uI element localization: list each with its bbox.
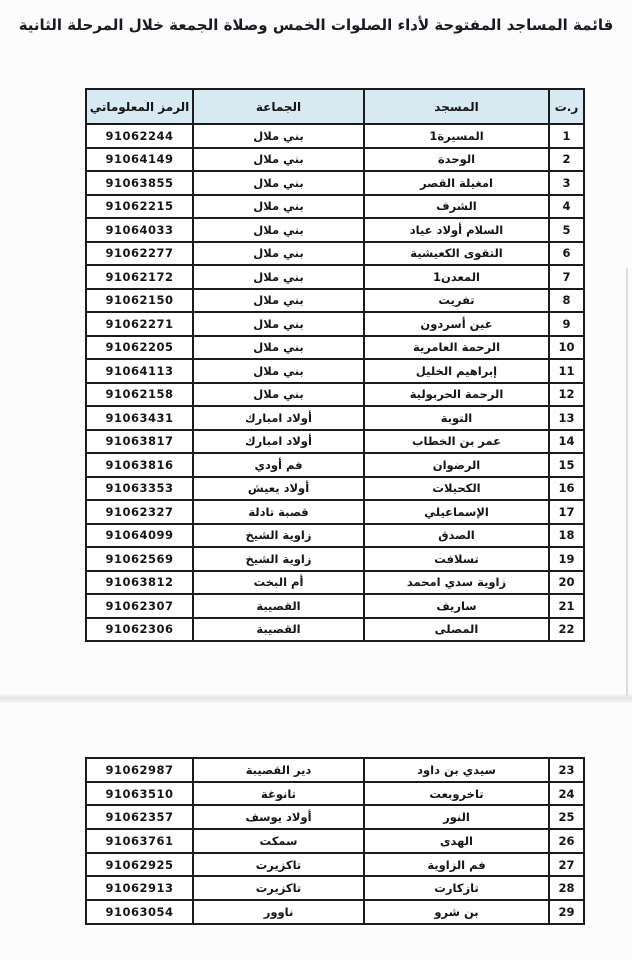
info-code-cell: 91062205 (86, 336, 193, 360)
info-code-cell: 91062569 (86, 547, 193, 571)
row-index-cell: 2 (549, 148, 584, 172)
table-row: 24تاخروبعتتانوغة91063510 (86, 782, 584, 806)
table-row: 14عمر بن الخطابأولاد امبارك91063817 (86, 430, 584, 454)
mosque-name-cell: السلام أولاد عياد (364, 218, 549, 242)
community-name-cell: بني ملال (193, 124, 364, 148)
table-row: 20زاوية سدي امحمدأم البخت91063812 (86, 571, 584, 595)
mosque-name-cell: سيدي بن داود (364, 758, 549, 782)
row-index-cell: 22 (549, 618, 584, 642)
mosque-table-main: ر.ت المسجد الجماعة الرمز المعلوماتي 1الم… (85, 88, 585, 642)
row-index-cell: 17 (549, 500, 584, 524)
table-row: 4الشرفبني ملال91062215 (86, 195, 584, 219)
table-row: 9عين أسردونبني ملال91062271 (86, 312, 584, 336)
table-row: 29بن شروناوور91063054 (86, 900, 584, 924)
mosque-name-cell: زاوية سدي امحمد (364, 571, 549, 595)
table-row: 26الهدىسمكت91063761 (86, 829, 584, 853)
mosque-name-cell: المعدن1 (364, 265, 549, 289)
mosque-name-cell: إبراهيم الخليل (364, 359, 549, 383)
row-index-cell: 6 (549, 242, 584, 266)
community-name-cell: تاكزيرت (193, 876, 364, 900)
row-index-cell: 15 (549, 453, 584, 477)
info-code-cell: 91063353 (86, 477, 193, 501)
row-index-cell: 9 (549, 312, 584, 336)
mosque-name-cell: الوحدة (364, 148, 549, 172)
mosque-name-cell: الشرف (364, 195, 549, 219)
row-index-cell: 29 (549, 900, 584, 924)
mosque-name-cell: التقوى الكعيشية (364, 242, 549, 266)
row-index-cell: 10 (549, 336, 584, 360)
community-name-cell: أولاد يعيش (193, 477, 364, 501)
info-code-cell: 91063510 (86, 782, 193, 806)
table-row: 8تفريتبني ملال91062150 (86, 289, 584, 313)
table-row: 11إبراهيم الخليلبني ملال91064113 (86, 359, 584, 383)
mosque-name-cell: فم الزاوية (364, 853, 549, 877)
info-code-cell: 91062987 (86, 758, 193, 782)
community-name-cell: أولاد يوسف (193, 805, 364, 829)
row-index-cell: 28 (549, 876, 584, 900)
scan-edge-artifact (626, 268, 628, 696)
row-index-cell: 8 (549, 289, 584, 313)
community-name-cell: بني ملال (193, 265, 364, 289)
row-index-cell: 24 (549, 782, 584, 806)
table-row: 21ساريفالقصيبة91062307 (86, 594, 584, 618)
info-code-cell: 91062925 (86, 853, 193, 877)
table-row: 1المسيرة1بني ملال91062244 (86, 124, 584, 148)
community-name-cell: بني ملال (193, 171, 364, 195)
row-index-cell: 25 (549, 805, 584, 829)
column-header-mosque: المسجد (364, 89, 549, 124)
row-index-cell: 4 (549, 195, 584, 219)
community-name-cell: بني ملال (193, 359, 364, 383)
mosque-name-cell: عين أسردون (364, 312, 549, 336)
community-name-cell: فم أودي (193, 453, 364, 477)
community-name-cell: بني ملال (193, 195, 364, 219)
table-row: 17الإسماعيليقصبة تادلة91062327 (86, 500, 584, 524)
table-header-row: ر.ت المسجد الجماعة الرمز المعلوماتي (86, 89, 584, 124)
mosque-table-continued: 23سيدي بن داوددير القصيبة9106298724تاخرو… (85, 757, 585, 925)
info-code-cell: 91064033 (86, 218, 193, 242)
mosque-name-cell: النور (364, 805, 549, 829)
info-code-cell: 91062357 (86, 805, 193, 829)
table-row: 2الوحدةبني ملال91064149 (86, 148, 584, 172)
community-name-cell: زاوية الشيخ (193, 524, 364, 548)
row-index-cell: 7 (549, 265, 584, 289)
row-index-cell: 20 (549, 571, 584, 595)
mosque-name-cell: تفريت (364, 289, 549, 313)
mosque-name-cell: ساريف (364, 594, 549, 618)
info-code-cell: 91062307 (86, 594, 193, 618)
column-header-community: الجماعة (193, 89, 364, 124)
row-index-cell: 27 (549, 853, 584, 877)
community-name-cell: بني ملال (193, 242, 364, 266)
community-name-cell: بني ملال (193, 218, 364, 242)
info-code-cell: 91064099 (86, 524, 193, 548)
community-name-cell: قصبة تادلة (193, 500, 364, 524)
community-name-cell: تانوغة (193, 782, 364, 806)
table-row: 27فم الزاويةتاكزيرت91062925 (86, 853, 584, 877)
mosque-name-cell: الصدق (364, 524, 549, 548)
community-name-cell: القصيبة (193, 618, 364, 642)
community-name-cell: تاكزيرت (193, 853, 364, 877)
community-name-cell: سمكت (193, 829, 364, 853)
mosque-name-cell: الرضوان (364, 453, 549, 477)
row-index-cell: 21 (549, 594, 584, 618)
mosque-name-cell: الإسماعيلي (364, 500, 549, 524)
info-code-cell: 91064149 (86, 148, 193, 172)
info-code-cell: 91063855 (86, 171, 193, 195)
mosque-name-cell: الكحيلات (364, 477, 549, 501)
info-code-cell: 91063812 (86, 571, 193, 595)
community-name-cell: بني ملال (193, 148, 364, 172)
table-row: 5السلام أولاد عيادبني ملال91064033 (86, 218, 584, 242)
row-index-cell: 19 (549, 547, 584, 571)
info-code-cell: 91062327 (86, 500, 193, 524)
mosque-name-cell: الهدى (364, 829, 549, 853)
community-name-cell: أولاد امبارك (193, 406, 364, 430)
info-code-cell: 91064113 (86, 359, 193, 383)
mosque-name-cell: بن شرو (364, 900, 549, 924)
community-name-cell: بني ملال (193, 289, 364, 313)
info-code-cell: 91062271 (86, 312, 193, 336)
mosque-name-cell: امغيلة القصر (364, 171, 549, 195)
info-code-cell: 91062150 (86, 289, 193, 313)
community-name-cell: بني ملال (193, 336, 364, 360)
community-name-cell: القصيبة (193, 594, 364, 618)
row-index-cell: 18 (549, 524, 584, 548)
table-row: 6التقوى الكعيشيةبني ملال91062277 (86, 242, 584, 266)
info-code-cell: 91063054 (86, 900, 193, 924)
mosque-name-cell: الرحمة العامرية (364, 336, 549, 360)
info-code-cell: 91062215 (86, 195, 193, 219)
column-header-index: ر.ت (549, 89, 584, 124)
mosque-name-cell: التوبة (364, 406, 549, 430)
community-name-cell: أم البخت (193, 571, 364, 595)
row-index-cell: 1 (549, 124, 584, 148)
info-code-cell: 91063816 (86, 453, 193, 477)
table-row: 7المعدن1بني ملال91062172 (86, 265, 584, 289)
mosque-name-cell: تازكارت (364, 876, 549, 900)
row-index-cell: 11 (549, 359, 584, 383)
info-code-cell: 91062244 (86, 124, 193, 148)
table-row: 15الرضوانفم أودي91063816 (86, 453, 584, 477)
row-index-cell: 13 (549, 406, 584, 430)
community-name-cell: زاوية الشيخ (193, 547, 364, 571)
mosque-name-cell: المسيرة1 (364, 124, 549, 148)
table-row: 13التوبةأولاد امبارك91063431 (86, 406, 584, 430)
table-row: 18الصدقزاوية الشيخ91064099 (86, 524, 584, 548)
table-row: 10الرحمة العامريةبني ملال91062205 (86, 336, 584, 360)
document-page: قائمة المساجد المفتوحة لأداء الصلوات الخ… (0, 0, 632, 960)
row-index-cell: 12 (549, 383, 584, 407)
row-index-cell: 16 (549, 477, 584, 501)
table-row: 25النورأولاد يوسف91062357 (86, 805, 584, 829)
table-row: 23سيدي بن داوددير القصيبة91062987 (86, 758, 584, 782)
page-title: قائمة المساجد المفتوحة لأداء الصلوات الخ… (0, 16, 632, 34)
page-break-band (0, 694, 632, 703)
table-row: 28تازكارتتاكزيرت91062913 (86, 876, 584, 900)
community-name-cell: أولاد امبارك (193, 430, 364, 454)
info-code-cell: 91063817 (86, 430, 193, 454)
info-code-cell: 91062306 (86, 618, 193, 642)
row-index-cell: 26 (549, 829, 584, 853)
community-name-cell: بني ملال (193, 383, 364, 407)
info-code-cell: 91062172 (86, 265, 193, 289)
row-index-cell: 3 (549, 171, 584, 195)
mosque-name-cell: تاخروبعت (364, 782, 549, 806)
community-name-cell: ناوور (193, 900, 364, 924)
info-code-cell: 91063761 (86, 829, 193, 853)
table-row: 12الرحمة الحربوليةبني ملال91062158 (86, 383, 584, 407)
row-index-cell: 14 (549, 430, 584, 454)
community-name-cell: دير القصيبة (193, 758, 364, 782)
mosque-name-cell: عمر بن الخطاب (364, 430, 549, 454)
info-code-cell: 91062277 (86, 242, 193, 266)
column-header-code: الرمز المعلوماتي (86, 89, 193, 124)
mosque-name-cell: المصلى (364, 618, 549, 642)
row-index-cell: 5 (549, 218, 584, 242)
row-index-cell: 23 (549, 758, 584, 782)
mosque-name-cell: الرحمة الحربولية (364, 383, 549, 407)
info-code-cell: 91062913 (86, 876, 193, 900)
table-row: 3امغيلة القصربني ملال91063855 (86, 171, 584, 195)
community-name-cell: بني ملال (193, 312, 364, 336)
table-row: 16الكحيلاتأولاد يعيش91063353 (86, 477, 584, 501)
info-code-cell: 91062158 (86, 383, 193, 407)
mosque-name-cell: تسلافت (364, 547, 549, 571)
table-row: 19تسلافتزاوية الشيخ91062569 (86, 547, 584, 571)
info-code-cell: 91063431 (86, 406, 193, 430)
table-row: 22المصلىالقصيبة91062306 (86, 618, 584, 642)
